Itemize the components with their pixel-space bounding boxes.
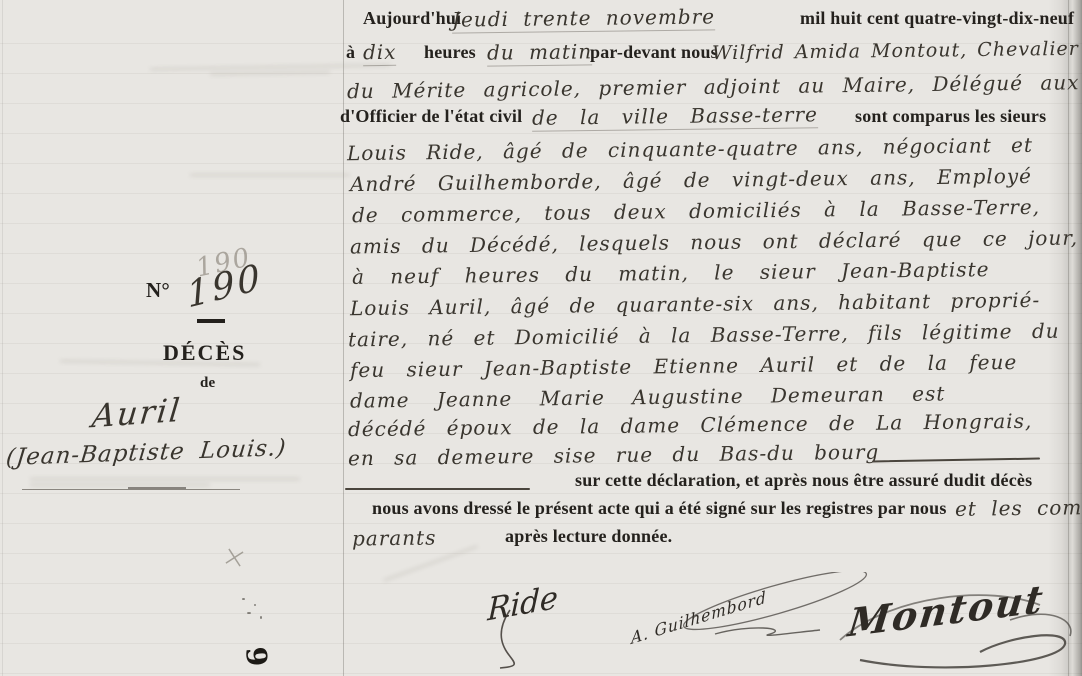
handwritten-segment: parants <box>352 525 437 550</box>
printed-segment: mil huit cent quatre-vingt-dix-neuf <box>800 8 1074 29</box>
signature-ride: Ride <box>487 579 559 628</box>
act-body-line-9: à neuf heures du matin, le sieur Jean-Ba… <box>0 261 1082 291</box>
filled-blank-stroke <box>345 488 530 490</box>
handwritten-segment: de la ville Basse-terre <box>532 102 818 131</box>
act-body-line-4: d'Officier de l'état civil de la ville B… <box>0 106 1082 136</box>
act-body-line-7: de commerce, tous deux domiciliés à la B… <box>0 199 1082 229</box>
printed-segment: heures <box>424 42 476 63</box>
handwritten-segment: amis du Décédé, lesquels nous ont déclar… <box>350 226 1078 259</box>
printed-segment: à <box>346 42 355 63</box>
handwritten-segment: Louis Ride, âgé de cinquante-quatre ans,… <box>347 133 1033 165</box>
page-number-mark: 6 <box>240 645 275 667</box>
act-body-line-18: parants après lecture donnée. <box>0 526 1082 556</box>
printed-segment: Aujourd'hui <box>363 8 461 29</box>
handwritten-segment: du matin <box>487 39 593 66</box>
printed-segment: après lecture donnée. <box>505 526 672 547</box>
act-body-line-14: décédé époux de la dame Clémence de La H… <box>0 413 1082 443</box>
act-body-line-12: feu sieur Jean-Baptiste Etienne Auril et… <box>0 354 1082 384</box>
act-body-line-11: taire, né et Domicilié à la Basse-Terre,… <box>0 323 1082 353</box>
printed-segment: nous avons dressé le présent acte qui a … <box>372 498 947 519</box>
act-body-line-8: amis du Décédé, lesquels nous ont déclar… <box>0 230 1082 260</box>
printed-segment: sont comparus les sieurs <box>855 106 1046 127</box>
act-body-line-16: sur cette déclaration, et après nous êtr… <box>0 470 1082 500</box>
printed-segment: sur cette déclaration, et après nous êtr… <box>575 470 1032 491</box>
handwritten-segment: André Guilhemborde, âgé de vingt-deux an… <box>350 164 1032 196</box>
filled-blank-stroke <box>872 458 1040 463</box>
handwritten-segment: dix <box>363 40 397 66</box>
printed-segment: par-devant nous <box>590 42 718 63</box>
handwritten-segment: Louis Auril, âgé de quarante-six ans, ha… <box>350 288 1040 320</box>
handwritten-segment: Wilfrid Amida Montout, Chevalier <box>712 38 1079 64</box>
handwritten-segment: à neuf heures du matin, le sieur Jean-Ba… <box>352 257 990 289</box>
printed-segment: d'Officier de l'état civil <box>340 106 522 127</box>
signature-guilhembord: A. Guilhembord <box>631 587 768 648</box>
act-body-line-1: Aujourd'hui Jeudi trente novembre mil hu… <box>0 8 1082 38</box>
act-body-line-3: du Mérite agricole, premier adjoint au M… <box>0 74 1082 104</box>
ink-specks <box>238 592 278 628</box>
handwritten-segment: taire, né et Domicilié à la Basse-Terre,… <box>348 319 1060 352</box>
handwritten-segment: du Mérite agricole, premier adjoint au M… <box>347 69 1082 103</box>
handwritten-segment: en sa demeure sise rue du Bas-du bourg <box>348 440 880 470</box>
handwritten-segment: feu sieur Jean-Baptiste Etienne Auril et… <box>350 350 1018 382</box>
death-certificate-page: N° 190 190 DÉCÈS de Auril (Jean-Baptiste… <box>0 0 1082 676</box>
signature-montout: Montout <box>846 575 1047 645</box>
act-body-line-2: à dix heures du matin par-devant nous Wi… <box>0 42 1082 72</box>
act-body-line-15: en sa demeure sise rue du Bas-du bourg <box>0 443 1082 473</box>
handwritten-segment: et les com- <box>955 495 1082 521</box>
act-body-line-17: nous avons dressé le présent acte qui a … <box>0 498 1082 528</box>
act-body-line-10: Louis Auril, âgé de quarante-six ans, ha… <box>0 292 1082 322</box>
handwritten-segment: de commerce, tous deux domiciliés à la B… <box>352 195 1040 227</box>
act-body-line-5: Louis Ride, âgé de cinquante-quatre ans,… <box>0 137 1082 167</box>
handwritten-segment: décédé époux de la dame Clémence de La H… <box>348 409 1033 441</box>
handwritten-segment: dame Jeanne Marie Augustine Demeuran est <box>350 381 946 412</box>
handwritten-segment: Jeudi trente novembre <box>452 4 715 33</box>
act-body-line-6: André Guilhemborde, âgé de vingt-deux an… <box>0 168 1082 198</box>
